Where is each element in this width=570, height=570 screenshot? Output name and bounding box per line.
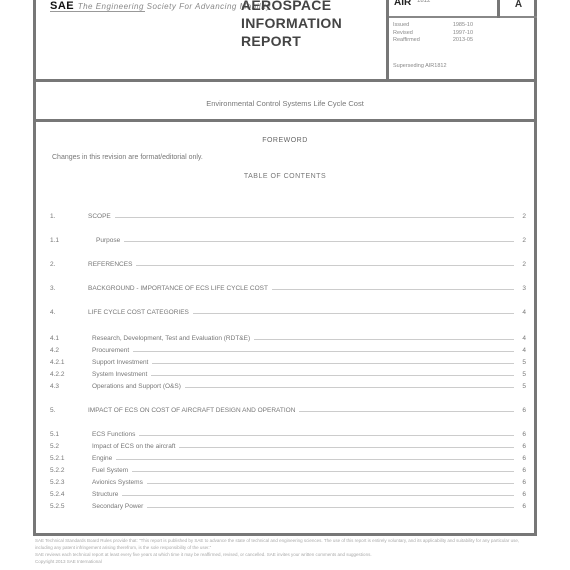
document-header: SAE The Engineering Society For Advancin… [36,0,534,82]
footer-line: Copyright 2013 SAE International [35,558,535,565]
toc-entry-number: 4. [50,309,88,316]
toc-dot-leader [116,459,514,460]
document-title-bar: Environmental Control Systems Life Cycle… [36,82,534,122]
toc-entry-label: Support Investment [92,359,150,366]
meta-row: Revised1997-10 [393,30,473,38]
toc-entry[interactable]: 5.2.2Fuel System6 [50,464,526,474]
foreword-heading: FOREWORD [36,137,534,144]
toc-entry-number: 4.2.2 [50,371,92,378]
toc-entry-page: 4 [518,335,526,342]
meta-label: Issued [393,22,409,30]
toc-dot-leader [136,265,514,266]
toc-entry-label: Research, Development, Test and Evaluati… [92,335,252,342]
toc-entry[interactable]: 5.IMPACT OF ECS ON COST OF AIRCRAFT DESI… [50,404,526,414]
meta-label: Revised [393,30,413,38]
superseding-note: Superseding AIR1812 [393,63,447,69]
meta-value: 1985-10 [453,22,473,30]
toc-dot-leader [133,351,514,352]
meta-row: Reaffirmed2013-05 [393,37,473,45]
document-page: SAE The Engineering Society For Advancin… [33,0,537,536]
toc-entry-label: SCOPE [88,213,113,220]
toc-entry[interactable]: 4.2Procurement4 [50,344,526,354]
toc-entry-label: Engine [92,455,114,462]
toc-entry-page: 6 [518,407,526,414]
toc-entry-page: 2 [518,213,526,220]
toc-entry[interactable]: 1.1Purpose2 [50,234,526,244]
toc-dot-leader [299,411,514,412]
document-info-box: AIR 1812 A Issued1985-10 Revised1997-10 … [386,0,537,82]
toc-entry[interactable]: 2.REFERENCES2 [50,258,526,268]
toc-dot-leader [254,339,514,340]
toc-entry-page: 4 [518,347,526,354]
meta-value: 2013-05 [453,37,473,45]
toc-entry-number: 4.3 [50,383,92,390]
doc-number-cell: AIR 1812 A [389,0,537,18]
toc-entry-label: BACKGROUND - IMPORTANCE OF ECS LIFE CYCL… [88,285,270,292]
toc-entry-page: 2 [518,261,526,268]
footer-line: SAE Technical Standards Board Rules prov… [35,537,535,551]
doc-number: AIR [394,0,411,8]
toc-entry[interactable]: 4.2.1Support Investment5 [50,356,526,366]
toc-entry[interactable]: 5.2.1Engine6 [50,452,526,462]
toc-entry[interactable]: 5.2.5Secondary Power6 [50,500,526,510]
report-type-line: AEROSPACE [241,0,342,14]
toc-entry-label: IMPACT OF ECS ON COST OF AIRCRAFT DESIGN… [88,407,297,414]
toc-entry[interactable]: 5.2Impact of ECS on the aircraft6 [50,440,526,450]
doc-dates: Issued1985-10 Revised1997-10 Reaffirmed2… [393,22,473,45]
toc-entry-label: Avionics Systems [92,479,145,486]
toc-entry-label: Procurement [92,347,131,354]
toc-entry[interactable]: 5.1ECS Functions6 [50,428,526,438]
toc-entry-page: 6 [518,491,526,498]
toc-dot-leader [147,507,514,508]
toc-dot-leader [124,241,514,242]
toc-entry-label: Operations and Support (O&S) [92,383,183,390]
toc-dot-leader [147,483,514,484]
toc-entry-label: REFERENCES [88,261,134,268]
logo-underline [50,11,145,12]
toc-entry-number: 3. [50,285,88,292]
toc-entry-number: 1.1 [50,237,92,244]
toc-entry-number: 4.2.1 [50,359,92,366]
revision-cell: A [497,0,537,18]
toc-entry-page: 6 [518,467,526,474]
toc-entry[interactable]: 4.LIFE CYCLE COST CATEGORIES4 [50,306,526,316]
toc-entry-number: 1. [50,213,88,220]
toc-entry-page: 5 [518,383,526,390]
toc-entry-label: Structure [92,491,120,498]
toc-entry-label: Purpose [92,237,122,244]
toc-heading: TABLE OF CONTENTS [36,173,534,180]
report-type-line: INFORMATION [241,14,342,32]
toc-entry-page: 6 [518,455,526,462]
toc-dot-leader [185,387,514,388]
toc-entry-number: 4.1 [50,335,92,342]
toc-entry-number: 5. [50,407,88,414]
toc-entry-number: 5.2.3 [50,479,92,486]
toc-dot-leader [139,435,514,436]
toc-dot-leader [122,495,514,496]
toc-entry[interactable]: 5.2.3Avionics Systems6 [50,476,526,486]
toc-entry-number: 5.2.1 [50,455,92,462]
toc-entry-page: 6 [518,479,526,486]
toc-entry-page: 3 [518,285,526,292]
report-type: AEROSPACE INFORMATION REPORT [241,0,342,50]
toc-entry-number: 2. [50,261,88,268]
toc-dot-leader [115,217,514,218]
toc-entry-number: 5.2.2 [50,467,92,474]
meta-row: Issued1985-10 [393,22,473,30]
toc-entry-page: 6 [518,503,526,510]
toc-entry-label: System Investment [92,371,149,378]
report-type-line: REPORT [241,32,342,50]
toc-entry-label: ECS Functions [92,431,137,438]
toc-dot-leader [272,289,514,290]
toc-entry-number: 5.2.4 [50,491,92,498]
meta-value: 1997-10 [453,30,473,38]
toc-dot-leader [193,313,514,314]
toc-dot-leader [179,447,514,448]
document-title: Environmental Control Systems Life Cycle… [206,99,364,108]
copyright-footer: SAE Technical Standards Board Rules prov… [35,537,535,565]
toc-entry-number: 5.1 [50,431,92,438]
document-body: FOREWORD Changes in this revision are fo… [36,125,534,180]
toc-entry[interactable]: 4.3Operations and Support (O&S)5 [50,380,526,390]
toc-entry-label: Impact of ECS on the aircraft [92,443,177,450]
toc-entry-number: 5.2.5 [50,503,92,510]
toc-entry-page: 6 [518,431,526,438]
toc-entry[interactable]: 4.1Research, Development, Test and Evalu… [50,332,526,342]
toc-dot-leader [132,471,514,472]
meta-label: Reaffirmed [393,37,420,45]
toc-entry-number: 5.2 [50,443,92,450]
toc-entry-label: Fuel System [92,467,130,474]
toc-dot-leader [152,363,514,364]
toc-entry-page: 5 [518,371,526,378]
toc-entry-page: 6 [518,443,526,450]
toc-entry-page: 2 [518,237,526,244]
toc-entry[interactable]: 3.BACKGROUND - IMPORTANCE OF ECS LIFE CY… [50,282,526,292]
toc-entry[interactable]: 5.2.4Structure6 [50,488,526,498]
revision-letter: A [515,0,522,10]
toc-entry[interactable]: 1.SCOPE2 [50,210,526,220]
toc-entry-page: 5 [518,359,526,366]
toc-entry-page: 4 [518,309,526,316]
toc-entry-label: LIFE CYCLE COST CATEGORIES [88,309,191,316]
doc-number-sub: 1812 [417,0,430,4]
footer-line: SAE reviews each technical report at lea… [35,551,535,558]
toc-entry-label: Secondary Power [92,503,145,510]
toc-entry[interactable]: 4.2.2System Investment5 [50,368,526,378]
toc-entry-number: 4.2 [50,347,92,354]
foreword-text: Changes in this revision are format/edit… [52,154,534,161]
toc-dot-leader [151,375,514,376]
